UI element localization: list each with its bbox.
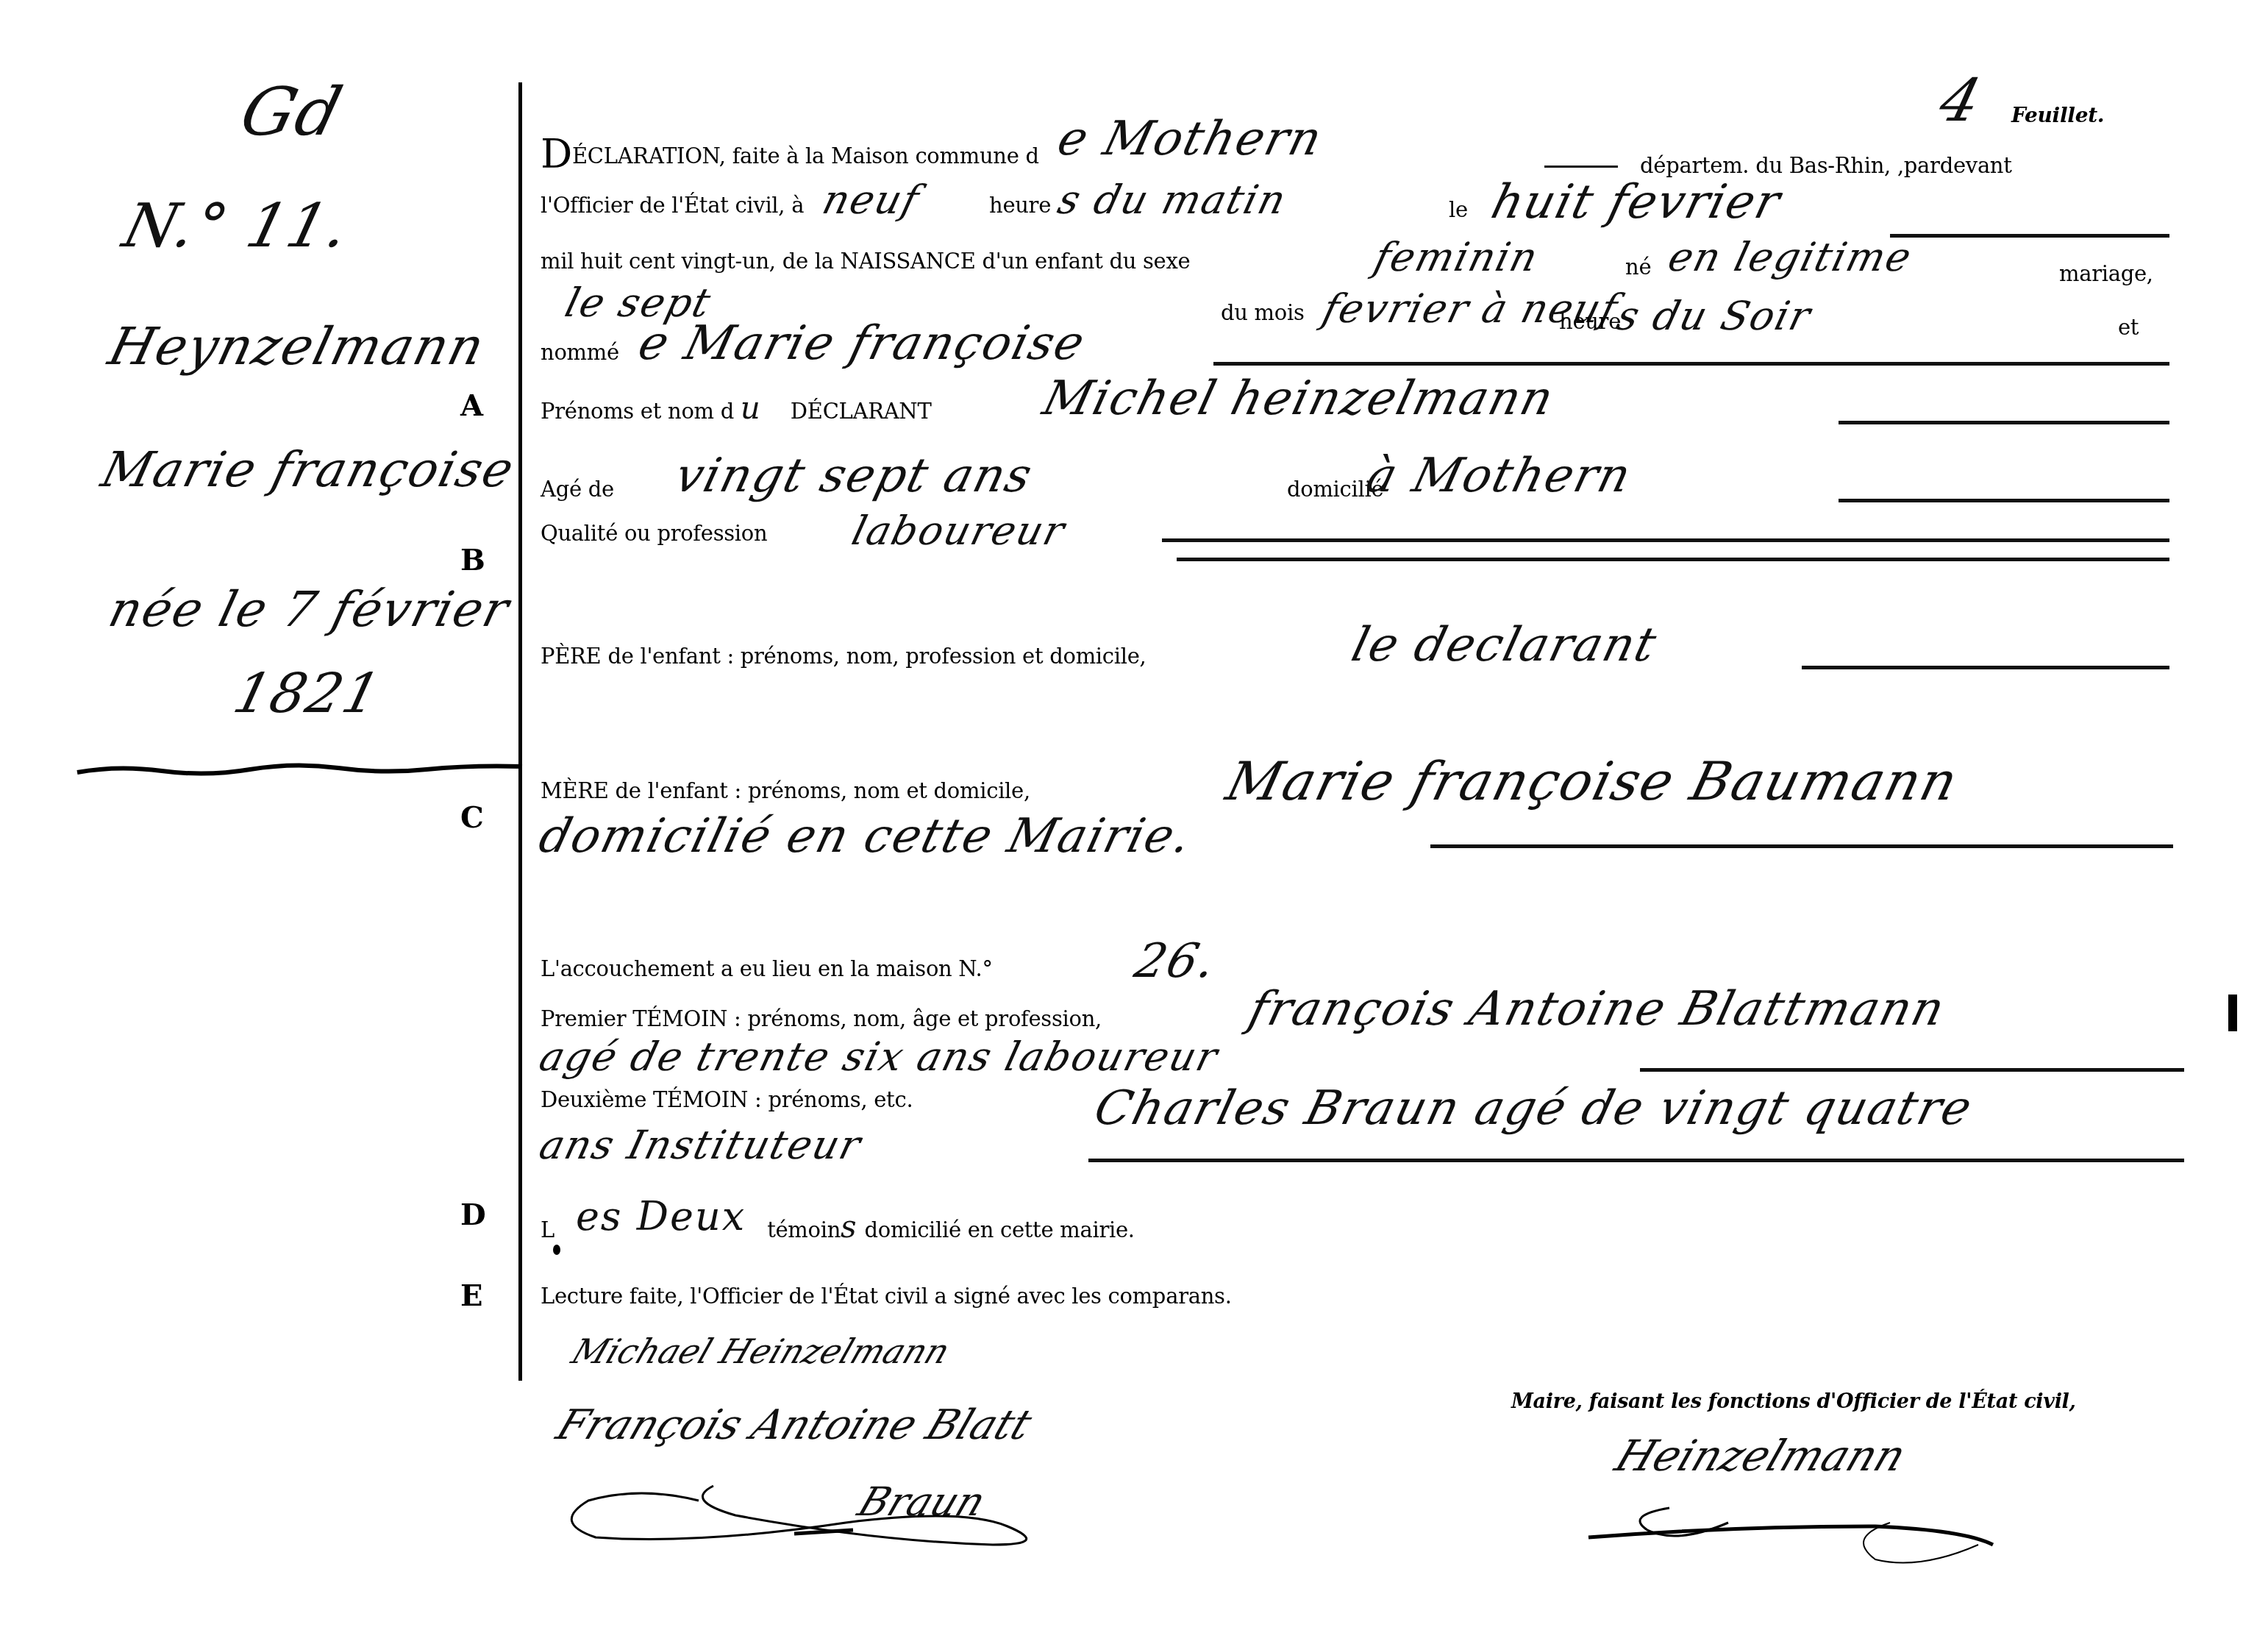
sheet-label: Feuillet. [2011, 103, 2104, 127]
hand-witness2-details: ans Instituteur [535, 1122, 866, 1168]
witnesses-domicile-line: L es Deux témoins domicilié en cette mai… [541, 1200, 1135, 1247]
fill-line [1162, 538, 2169, 542]
hand-declarant-suffix: u [741, 390, 762, 426]
hand-date: huit fevrier [1486, 175, 1787, 230]
fill-line [1802, 666, 2169, 669]
fill-line [1177, 558, 2169, 561]
declaration-heading-text: ÉCLARATION, faite à la Maison commune d [572, 143, 1039, 168]
witness1-label: Premier TÉMOIN : prénoms, nom, âge et pr… [541, 1006, 1102, 1031]
section-letter-c: C [460, 800, 484, 835]
hand-witnesses-count: es Deux [576, 1193, 746, 1239]
hand-age: vingt sept ans [670, 449, 1038, 503]
hand-witness2-name: Charles Braun agé de vingt quatre [1089, 1081, 1978, 1136]
hand-profession: laboureur [847, 508, 1070, 554]
margin-act-number: N.° 11. [116, 191, 357, 261]
witnesses-label: témoin [767, 1217, 841, 1242]
hand-witness1-name: françois Antoine Blattmann [1244, 982, 1951, 1036]
hour-label: heure [989, 193, 1051, 218]
hand-father: le declarant [1347, 618, 1663, 672]
ink-dot [553, 1245, 560, 1255]
section-letter-a: A [460, 388, 483, 423]
hand-birth-time: s du Soir [1612, 293, 1816, 339]
margin-surname: Heynzelmann [103, 316, 492, 377]
father-label: PÈRE de l'enfant : prénoms, nom, profess… [541, 644, 1147, 669]
hand-witnesses-plural: s [841, 1209, 858, 1245]
declaration-initial: D [541, 131, 572, 177]
scan-margin-mark [2228, 995, 2237, 1031]
hand-witness1-details: agé de trente six ans laboureur [535, 1033, 1223, 1080]
margin-separator-flourish [74, 758, 529, 787]
section-letter-e: E [460, 1278, 483, 1313]
hour-label-2: heure [1559, 309, 1621, 334]
named-label: nommé [541, 340, 619, 365]
section-letter-d: D [460, 1198, 486, 1232]
signature-mayor: Heinzelmann [1609, 1431, 1913, 1481]
signature-declarant: Michael Heinzelmann [566, 1331, 955, 1371]
hand-legitimacy: en legitime [1663, 234, 1917, 280]
fill-line [1544, 166, 1618, 168]
house-label: L'accouchement a eu lieu en la maison N.… [541, 956, 993, 981]
margin-year: 1821 [227, 662, 388, 725]
hand-sex: feminin [1369, 234, 1544, 280]
hand-mother: Marie françoise Baumann [1221, 750, 1965, 812]
section-letter-b: B [460, 543, 485, 577]
mayor-caption: Maire, faisant les fonctions d'Officier … [1511, 1390, 2076, 1413]
birth-sex-text: mil huit cent vingt-un, de la NAISSANCE … [541, 249, 1190, 274]
margin-birth-note: née le 7 février [103, 581, 516, 638]
profession-label: Qualité ou profession [541, 521, 767, 546]
officer-hour-text: l'Officier de l'État civil, à [541, 193, 804, 218]
declarant-label-a: Prénoms et nom d [541, 399, 734, 424]
fill-line [1640, 1068, 2184, 1072]
month-label: du mois [1221, 300, 1304, 325]
mariage-label: mariage, [2059, 261, 2153, 286]
witnesses-l: L [541, 1217, 554, 1242]
signature-witness1: François Antoine Blatt [550, 1401, 1038, 1449]
hand-mother-domicile: domicilié en cette Mairie. [534, 809, 1198, 864]
hand-domicile: à Mothern [1361, 449, 1638, 503]
fill-line [1213, 362, 2169, 366]
hand-period: s du matin [1053, 177, 1291, 223]
margin-divider-line [518, 82, 522, 1381]
fill-line [1839, 499, 2169, 502]
margin-given-names: Marie françoise [96, 441, 520, 498]
hand-child-name: e Marie françoise [633, 316, 1091, 371]
reading-statement: Lecture faite, l'Officier de l'État civi… [541, 1284, 1232, 1309]
declarant-label-b: DÉCLARANT [791, 399, 932, 424]
department-text: départem. du Bas-Rhin, ,pardevant [1640, 153, 2012, 178]
ne-label: né [1625, 255, 1651, 280]
hand-commune: e Mothern [1052, 112, 1328, 166]
le-label: le [1449, 197, 1468, 222]
fill-line [1890, 234, 2169, 238]
declarant-label: Prénoms et nom d u DÉCLARANT [541, 390, 931, 426]
hand-house-number: 26. [1130, 934, 1222, 989]
hand-declarant-name: Michel heinzelmann [1038, 371, 1560, 426]
et-label: et [2118, 315, 2139, 340]
fill-line [1839, 421, 2169, 424]
declaration-heading: DÉCLARATION, faite à la Maison commune d [541, 131, 1039, 177]
age-label: Agé de [541, 477, 614, 502]
fill-line [1088, 1159, 2184, 1162]
fill-line [1430, 844, 2173, 848]
witnesses-domicile-text: domicilié en cette mairie. [865, 1217, 1135, 1242]
signature-flourish-witness2 [552, 1471, 1081, 1552]
hand-hour: neuf [818, 177, 924, 223]
witness2-label: Deuxième TÉMOIN : prénoms, etc. [541, 1087, 913, 1112]
sheet-number: 4 [1933, 66, 1989, 135]
margin-gd-mark: Gd [233, 74, 351, 151]
signature-flourish-mayor [1581, 1493, 2022, 1574]
mother-label: MÈRE de l'enfant : prénoms, nom et domic… [541, 778, 1030, 803]
